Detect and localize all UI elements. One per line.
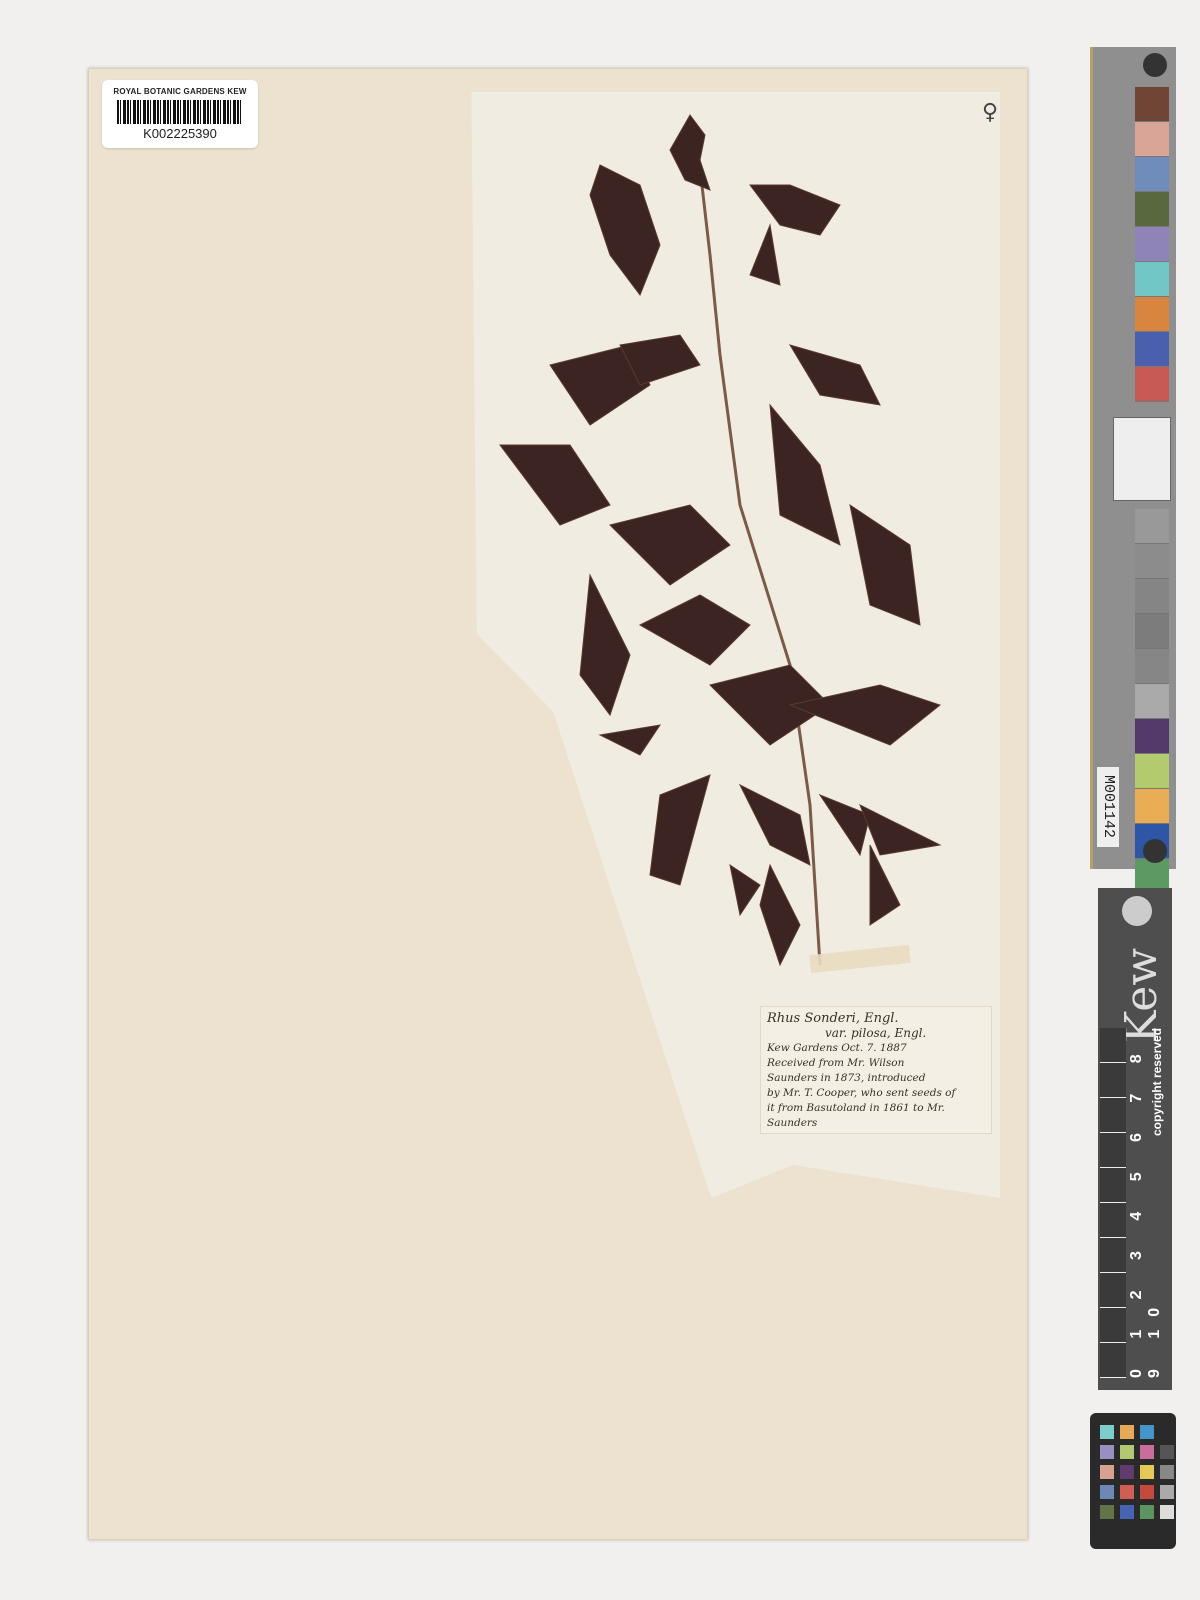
color-patch bbox=[1160, 1425, 1174, 1439]
color-patch bbox=[1135, 684, 1169, 719]
color-patch bbox=[1160, 1505, 1174, 1519]
color-patch bbox=[1135, 754, 1169, 789]
color-patch bbox=[1100, 1425, 1114, 1439]
color-patch bbox=[1135, 614, 1169, 649]
color-patch bbox=[1135, 719, 1169, 754]
color-patch bbox=[1120, 1505, 1134, 1519]
color-patch bbox=[1135, 649, 1169, 684]
gray-target bbox=[1113, 417, 1171, 501]
color-patch bbox=[1140, 1425, 1154, 1439]
color-patch bbox=[1140, 1465, 1154, 1479]
color-bar-code: M001142 bbox=[1097, 767, 1119, 847]
color-patch bbox=[1135, 157, 1169, 192]
kew-crest-icon bbox=[1122, 896, 1152, 926]
color-patch bbox=[1135, 332, 1169, 367]
color-calibration-bar: M001142 bbox=[1090, 47, 1176, 869]
kew-scale-bar: Kew 0 1 2 3 4 5 6 7 8 9 10 copyright res… bbox=[1098, 888, 1172, 1390]
color-patch bbox=[1120, 1445, 1134, 1459]
color-patch bbox=[1120, 1485, 1134, 1499]
label-line-species: Rhus Sonderi, Engl. bbox=[767, 1011, 985, 1026]
checker-grid bbox=[1090, 1413, 1176, 1531]
color-patch bbox=[1135, 509, 1169, 544]
label-line-saunders: Saunders in 1873, introduced bbox=[767, 1071, 985, 1086]
color-patch bbox=[1120, 1465, 1134, 1479]
color-patch bbox=[1140, 1485, 1154, 1499]
color-patch bbox=[1135, 262, 1169, 297]
color-patch bbox=[1100, 1485, 1114, 1499]
label-line-location-date: Kew Gardens Oct. 7. 1887 bbox=[767, 1041, 985, 1056]
color-patch bbox=[1100, 1465, 1114, 1479]
color-patch bbox=[1135, 789, 1169, 824]
copyright-text: copyright reserved bbox=[1150, 1028, 1164, 1136]
color-patch bbox=[1135, 297, 1169, 332]
label-line-basutoland: it from Basutoland in 1861 to Mr. Saunde… bbox=[767, 1101, 985, 1131]
color-patch bbox=[1135, 227, 1169, 262]
barcode-icon bbox=[117, 100, 243, 124]
color-patch bbox=[1140, 1505, 1154, 1519]
color-patch bbox=[1100, 1445, 1114, 1459]
color-patch bbox=[1135, 122, 1169, 157]
label-line-cooper: by Mr. T. Cooper, who sent seeds of bbox=[767, 1086, 985, 1101]
pressed-plant-specimen bbox=[490, 105, 990, 995]
color-patch bbox=[1135, 367, 1169, 402]
color-patch bbox=[1100, 1505, 1114, 1519]
registration-dot bbox=[1143, 53, 1167, 77]
color-patch bbox=[1160, 1485, 1174, 1499]
barcode-number: K002225390 bbox=[102, 126, 258, 141]
color-patch bbox=[1135, 579, 1169, 614]
cm-scale bbox=[1100, 1028, 1126, 1378]
color-patch bbox=[1135, 87, 1169, 122]
institution-name: ROYAL BOTANIC GARDENS KEW bbox=[102, 87, 258, 96]
color-patch bbox=[1135, 192, 1169, 227]
specimen-label: Rhus Sonderi, Engl. var. pilosa, Engl. K… bbox=[760, 1006, 992, 1134]
color-patch bbox=[1120, 1425, 1134, 1439]
color-strip-upper bbox=[1135, 87, 1169, 402]
color-patch bbox=[1160, 1445, 1174, 1459]
color-patch bbox=[1160, 1465, 1174, 1479]
color-patch bbox=[1135, 544, 1169, 579]
color-checker-card bbox=[1090, 1413, 1176, 1549]
registration-dot bbox=[1143, 839, 1167, 863]
label-line-received: Received from Mr. Wilson bbox=[767, 1056, 985, 1071]
barcode-label: ROYAL BOTANIC GARDENS KEW K002225390 bbox=[102, 80, 258, 148]
color-patch bbox=[1140, 1445, 1154, 1459]
label-line-variety: var. pilosa, Engl. bbox=[767, 1026, 985, 1041]
